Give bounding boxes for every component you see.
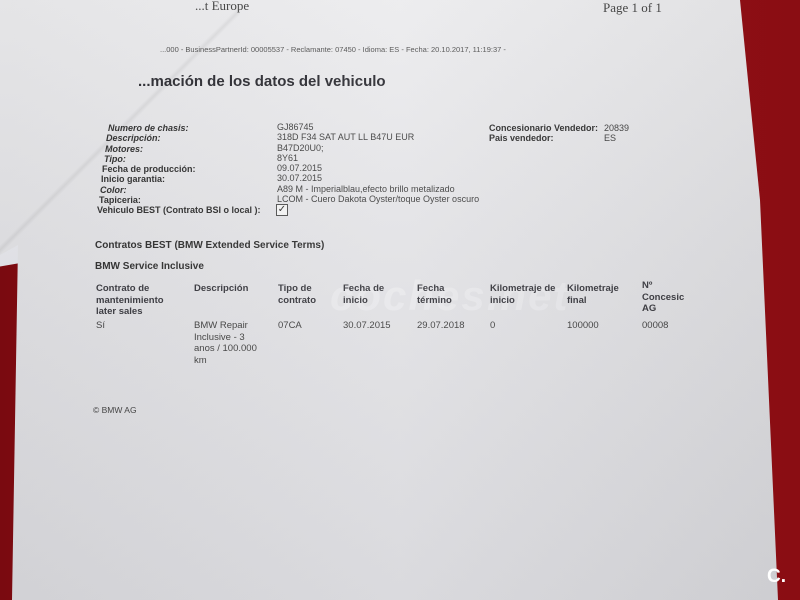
cell-description: BMW Repair Inclusive - 3 anos / 100.000 … (194, 320, 262, 366)
value-upholstery: LCOM - Cuero Dakota Oyster/toque Oyster … (277, 194, 479, 204)
value-production-date: 09.07.2015 (277, 163, 322, 173)
copyright-footer: © BMW AG (93, 405, 137, 415)
cell-dealer-no: 00008 (642, 320, 690, 332)
col-header-start-date: Fecha de inicio (343, 283, 398, 306)
label-selling-country: Pais vendedor: (489, 133, 554, 143)
col-header-end-date: Fecha término (417, 283, 472, 306)
value-selling-dealer: 20839 (604, 123, 629, 133)
col-header-contract-type: Tipo de contrato (278, 283, 328, 306)
label-best-vehicle: Vehiculo BEST (Contrato BSI o local ): (97, 205, 261, 215)
page-title: ...mación de los datos del vehiculo (138, 73, 386, 90)
label-warranty-start: Inicio garantia: (101, 174, 165, 184)
value-engines: B47D20U0; (277, 143, 324, 153)
cell-contract-type: 07CA (278, 320, 328, 332)
page-number: Page 1 of 1 (603, 0, 662, 16)
value-warranty-start: 30.07.2015 (277, 173, 322, 183)
col-header-dealer-no: Nº Concesic AG (642, 280, 690, 315)
service-inclusive-title: BMW Service Inclusive (95, 261, 204, 272)
value-chassis: GJ86745 (277, 122, 314, 132)
header-left-text: ...t Europe (195, 0, 249, 14)
contracts-section-title: Contratos BEST (BMW Extended Service Ter… (95, 240, 324, 251)
label-description: Descripción: (106, 133, 161, 143)
label-type: Tipo: (104, 154, 126, 164)
watermark-logo-mark: C. (767, 566, 786, 588)
col-header-start-km: Kilometraje de inicio (490, 283, 560, 306)
label-upholstery: Tapiceria: (99, 195, 141, 205)
col-header-contract: Contrato de mantenimiento later sales (96, 283, 176, 318)
best-vehicle-checkbox[interactable]: ✓ (276, 204, 288, 216)
col-header-end-km: Kilometraje final (567, 283, 637, 306)
value-selling-country: ES (604, 133, 616, 143)
cell-start-km: 0 (490, 320, 550, 332)
col-header-description: Descripción (194, 283, 264, 295)
watermark-text: coches.net (330, 272, 569, 320)
paper-fold-shadow (0, 0, 240, 260)
label-selling-dealer: Concesionario Vendedor: (489, 123, 598, 133)
value-color: A89 M - Imperialblau,efecto brillo metal… (277, 184, 455, 194)
label-chassis: Numero de chasis: (108, 123, 189, 133)
label-engines: Motores: (105, 144, 143, 154)
cell-end-date: 29.07.2018 (417, 320, 477, 332)
value-description: 318D F34 SAT AUT LL B47U EUR (277, 132, 414, 142)
label-color: Color: (100, 185, 127, 195)
cell-end-km: 100000 (567, 320, 627, 332)
meta-line: ...000 - BusinessPartnerId: 00005537 - R… (160, 45, 506, 54)
cell-start-date: 30.07.2015 (343, 320, 403, 332)
document-page: ...t Europe Page 1 of 1 ...000 - Busines… (0, 0, 800, 600)
label-production-date: Fecha de producción: (102, 164, 196, 174)
cell-contract: Sí (96, 320, 176, 332)
value-type: 8Y61 (277, 153, 298, 163)
